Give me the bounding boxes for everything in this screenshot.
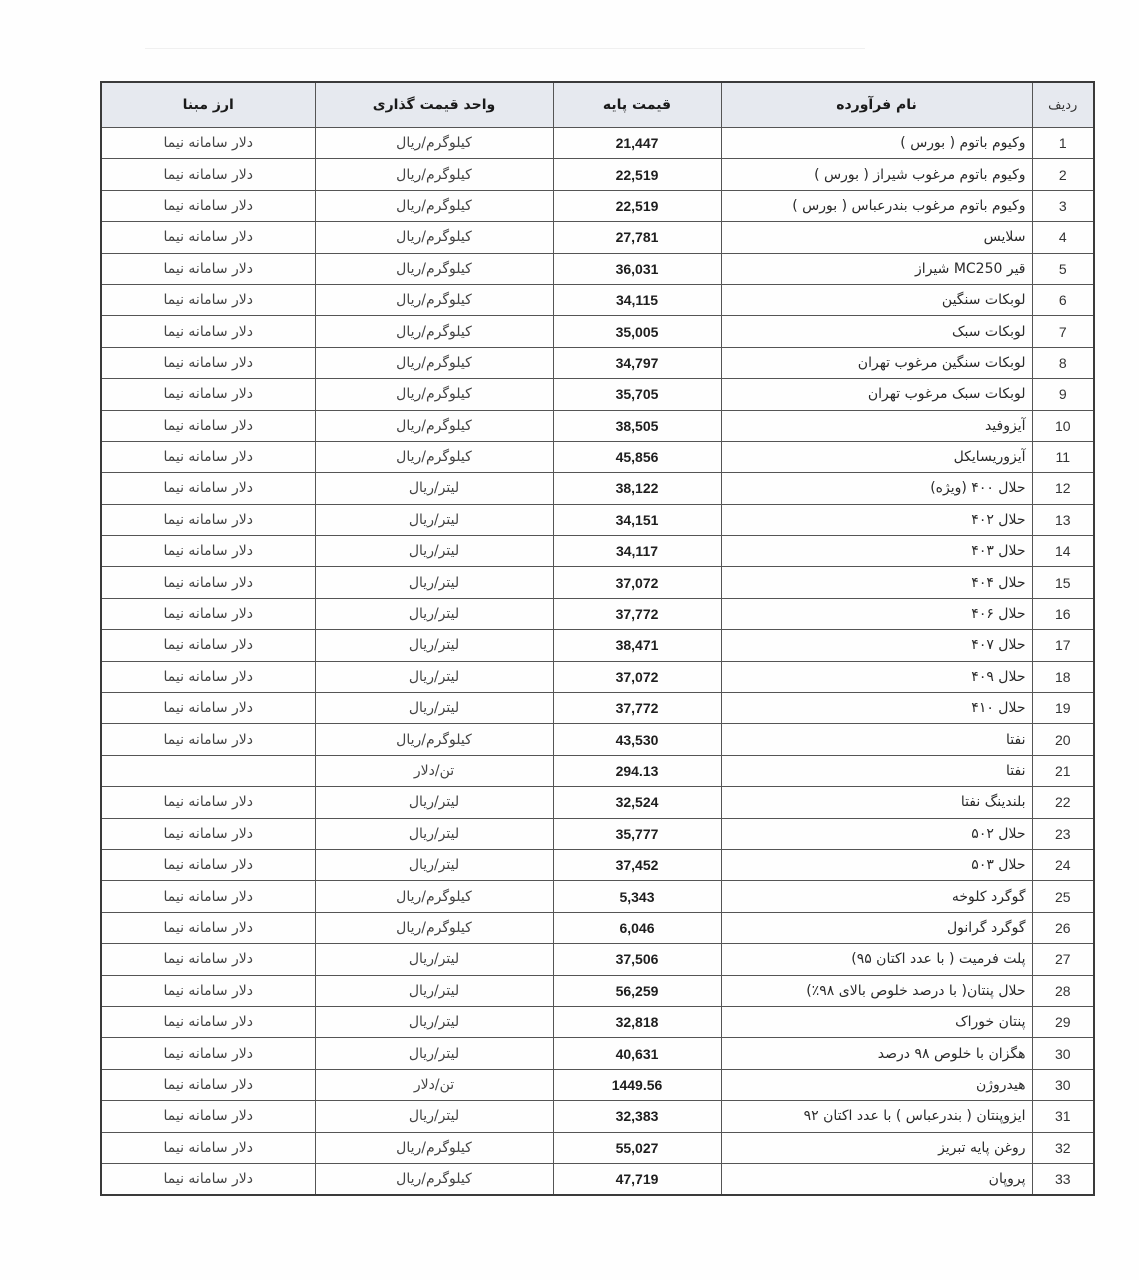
table-row: 3وکیوم باتوم مرغوب بندرعباس ( بورس )22,5… [101, 190, 1094, 221]
base-price-cell: 37,506 [553, 944, 721, 975]
row-number-cell: 6 [1032, 284, 1094, 315]
table-row: 32روغن پایه تبریز55,027کیلوگرم/ریالدلار … [101, 1132, 1094, 1163]
row-number-cell: 32 [1032, 1132, 1094, 1163]
table-header: ردیف نام فرآورده قیمت پایه واحد قیمت گذا… [101, 82, 1094, 128]
pricing-unit-cell: لیتر/ریال [315, 975, 553, 1006]
pricing-unit-cell: لیتر/ریال [315, 693, 553, 724]
product-name-cell: حلال ۴۰۶ [721, 598, 1032, 629]
base-currency-cell: دلار سامانه نیما [101, 630, 315, 661]
product-name-cell: حلال ۴۰۴ [721, 567, 1032, 598]
table-row: 18حلال ۴۰۹37,072لیتر/ریالدلار سامانه نیم… [101, 661, 1094, 692]
base-currency-cell: دلار سامانه نیما [101, 222, 315, 253]
product-name-cell: پروپان [721, 1163, 1032, 1195]
pricing-unit-cell: لیتر/ریال [315, 944, 553, 975]
base-currency-cell: دلار سامانه نیما [101, 253, 315, 284]
product-name-cell: ایزوپنتان ( بندرعباس ) با عدد اکتان ۹۲ [721, 1101, 1032, 1132]
pricing-unit-cell: لیتر/ریال [315, 473, 553, 504]
base-price-cell: 56,259 [553, 975, 721, 1006]
row-number-cell: 17 [1032, 630, 1094, 661]
product-name-cell: قیر MC250 شیراز [721, 253, 1032, 284]
base-price-cell: 5,343 [553, 881, 721, 912]
base-currency-cell: دلار سامانه نیما [101, 410, 315, 441]
table-row: 26گوگرد گرانول6,046کیلوگرم/ریالدلار ساما… [101, 912, 1094, 943]
pricing-unit-cell: لیتر/ریال [315, 630, 553, 661]
pricing-unit-cell: تن/دلار [315, 755, 553, 786]
pricing-unit-cell: کیلوگرم/ریال [315, 347, 553, 378]
base-currency-cell: دلار سامانه نیما [101, 912, 315, 943]
product-name-cell: آیزوریسایکل [721, 441, 1032, 472]
pricing-unit-cell: کیلوگرم/ریال [315, 379, 553, 410]
base-price-cell: 37,772 [553, 598, 721, 629]
base-currency-cell: دلار سامانه نیما [101, 693, 315, 724]
header-row: ردیف نام فرآورده قیمت پایه واحد قیمت گذا… [101, 82, 1094, 128]
pricing-unit-cell: کیلوگرم/ریال [315, 1132, 553, 1163]
base-currency-cell: دلار سامانه نیما [101, 347, 315, 378]
pricing-unit-cell: کیلوگرم/ریال [315, 284, 553, 315]
table-row: 16حلال ۴۰۶37,772لیتر/ریالدلار سامانه نیم… [101, 598, 1094, 629]
table-row: 19حلال ۴۱۰37,772لیتر/ریالدلار سامانه نیم… [101, 693, 1094, 724]
product-name-cell: حلال پنتان( با درصد خلوص بالای ۹۸٪) [721, 975, 1032, 1006]
table-row: 5قیر MC250 شیراز36,031کیلوگرم/ریالدلار س… [101, 253, 1094, 284]
base-currency-cell: دلار سامانه نیما [101, 661, 315, 692]
base-price-cell: 34,151 [553, 504, 721, 535]
base-price-cell: 32,524 [553, 787, 721, 818]
product-name-cell: حلال ۴۰۷ [721, 630, 1032, 661]
pricing-unit-cell: کیلوگرم/ریال [315, 724, 553, 755]
row-number-cell: 24 [1032, 849, 1094, 880]
base-currency-cell: دلار سامانه نیما [101, 536, 315, 567]
base-price-cell: 37,772 [553, 693, 721, 724]
base-currency-cell: دلار سامانه نیما [101, 787, 315, 818]
pricing-unit-cell: لیتر/ریال [315, 1006, 553, 1037]
base-price-cell: 27,781 [553, 222, 721, 253]
table-row: 27پلت فرمیت ( با عدد اکتان ۹۵)37,506لیتر… [101, 944, 1094, 975]
table-row: 9لوبکات سبک مرغوب تهران35,705کیلوگرم/ریا… [101, 379, 1094, 410]
row-number-cell: 22 [1032, 787, 1094, 818]
product-name-cell: سلایس [721, 222, 1032, 253]
base-price-cell: 37,072 [553, 567, 721, 598]
product-name-cell: حلال ۵۰۳ [721, 849, 1032, 880]
base-price-cell: 37,072 [553, 661, 721, 692]
base-currency-cell: دلار سامانه نیما [101, 441, 315, 472]
product-name-cell: لوبکات سبک مرغوب تهران [721, 379, 1032, 410]
row-number-cell: 26 [1032, 912, 1094, 943]
base-price-cell: 45,856 [553, 441, 721, 472]
pricing-unit-cell: لیتر/ریال [315, 1038, 553, 1069]
product-name-cell: گوگرد گرانول [721, 912, 1032, 943]
table-row: 30هیدروژن1449.56تن/دلاردلار سامانه نیما [101, 1069, 1094, 1100]
row-number-cell: 15 [1032, 567, 1094, 598]
base-price-cell: 47,719 [553, 1163, 721, 1195]
base-price-cell: 1449.56 [553, 1069, 721, 1100]
base-currency-cell: دلار سامانه نیما [101, 818, 315, 849]
header-base-price: قیمت پایه [553, 82, 721, 128]
table-row: 13حلال ۴۰۲34,151لیتر/ریالدلار سامانه نیم… [101, 504, 1094, 535]
product-name-cell: هگزان با خلوص ۹۸ درصد [721, 1038, 1032, 1069]
pricing-unit-cell: کیلوگرم/ریال [315, 128, 553, 159]
table-row: 28حلال پنتان( با درصد خلوص بالای ۹۸٪)56,… [101, 975, 1094, 1006]
row-number-cell: 11 [1032, 441, 1094, 472]
pricing-unit-cell: لیتر/ریال [315, 504, 553, 535]
row-number-cell: 33 [1032, 1163, 1094, 1195]
row-number-cell: 14 [1032, 536, 1094, 567]
pricing-unit-cell: لیتر/ریال [315, 849, 553, 880]
base-price-cell: 21,447 [553, 128, 721, 159]
product-name-cell: نفتا [721, 724, 1032, 755]
table-row: 22بلندینگ نفتا32,524لیتر/ریالدلار سامانه… [101, 787, 1094, 818]
row-number-cell: 19 [1032, 693, 1094, 724]
product-name-cell: پنتان خوراک [721, 1006, 1032, 1037]
row-number-cell: 28 [1032, 975, 1094, 1006]
base-currency-cell: دلار سامانه نیما [101, 190, 315, 221]
table-row: 23حلال ۵۰۲35,777لیتر/ریالدلار سامانه نیم… [101, 818, 1094, 849]
table-row: 6لوبکات سنگین34,115کیلوگرم/ریالدلار ساما… [101, 284, 1094, 315]
product-name-cell: بلندینگ نفتا [721, 787, 1032, 818]
table-row: 30هگزان با خلوص ۹۸ درصد40,631لیتر/ریالدل… [101, 1038, 1094, 1069]
base-currency-cell: دلار سامانه نیما [101, 849, 315, 880]
table-row: 12حلال ۴۰۰ (ویژه)38,122لیتر/ریالدلار سام… [101, 473, 1094, 504]
row-number-cell: 29 [1032, 1006, 1094, 1037]
product-name-cell: حلال ۴۰۳ [721, 536, 1032, 567]
pricing-unit-cell: کیلوگرم/ریال [315, 222, 553, 253]
base-currency-cell: دلار سامانه نیما [101, 379, 315, 410]
row-number-cell: 18 [1032, 661, 1094, 692]
table-row: 10آیزوفید38,505کیلوگرم/ریالدلار سامانه ن… [101, 410, 1094, 441]
base-price-cell: 35,005 [553, 316, 721, 347]
base-currency-cell: دلار سامانه نیما [101, 316, 315, 347]
pricing-unit-cell: کیلوگرم/ریال [315, 316, 553, 347]
base-currency-cell: دلار سامانه نیما [101, 1038, 315, 1069]
base-price-cell: 55,027 [553, 1132, 721, 1163]
base-price-cell: 34,115 [553, 284, 721, 315]
row-number-cell: 1 [1032, 128, 1094, 159]
header-pricing-unit: واحد قیمت گذاری [315, 82, 553, 128]
product-name-cell: لوبکات سنگین [721, 284, 1032, 315]
row-number-cell: 16 [1032, 598, 1094, 629]
base-currency-cell: دلار سامانه نیما [101, 159, 315, 190]
product-name-cell: لوبکات سبک [721, 316, 1032, 347]
pricing-unit-cell: لیتر/ریال [315, 661, 553, 692]
table-row: 31ایزوپنتان ( بندرعباس ) با عدد اکتان ۹۲… [101, 1101, 1094, 1132]
table-row: 14حلال ۴۰۳34,117لیتر/ریالدلار سامانه نیم… [101, 536, 1094, 567]
base-price-cell: 32,818 [553, 1006, 721, 1037]
pricing-unit-cell: کیلوگرم/ریال [315, 159, 553, 190]
row-number-cell: 27 [1032, 944, 1094, 975]
product-name-cell: حلال ۵۰۲ [721, 818, 1032, 849]
table-row: 4سلایس27,781کیلوگرم/ریالدلار سامانه نیما [101, 222, 1094, 253]
base-currency-cell: دلار سامانه نیما [101, 944, 315, 975]
table-row: 17حلال ۴۰۷38,471لیتر/ریالدلار سامانه نیم… [101, 630, 1094, 661]
base-currency-cell: دلار سامانه نیما [101, 473, 315, 504]
base-price-cell: 35,705 [553, 379, 721, 410]
pricing-unit-cell: کیلوگرم/ریال [315, 441, 553, 472]
base-currency-cell: دلار سامانه نیما [101, 1101, 315, 1132]
faint-scan-artifact-line [145, 48, 865, 49]
pricing-unit-cell: کیلوگرم/ریال [315, 881, 553, 912]
table-row: 8لوبکات سنگین مرغوب تهران34,797کیلوگرم/ر… [101, 347, 1094, 378]
scanned-document-page: ردیف نام فرآورده قیمت پایه واحد قیمت گذا… [0, 0, 1139, 1280]
row-number-cell: 30 [1032, 1038, 1094, 1069]
table-row: 2وکیوم باتوم مرغوب شیراز ( بورس )22,519ک… [101, 159, 1094, 190]
pricing-unit-cell: کیلوگرم/ریال [315, 190, 553, 221]
base-currency-cell [101, 755, 315, 786]
base-currency-cell: دلار سامانه نیما [101, 1069, 315, 1100]
product-name-cell: پلت فرمیت ( با عدد اکتان ۹۵) [721, 944, 1032, 975]
row-number-cell: 20 [1032, 724, 1094, 755]
base-price-cell: 32,383 [553, 1101, 721, 1132]
table-row: 29پنتان خوراک32,818لیتر/ریالدلار سامانه … [101, 1006, 1094, 1037]
product-name-cell: لوبکات سنگین مرغوب تهران [721, 347, 1032, 378]
pricing-unit-cell: لیتر/ریال [315, 536, 553, 567]
base-price-cell: 36,031 [553, 253, 721, 284]
base-currency-cell: دلار سامانه نیما [101, 504, 315, 535]
base-currency-cell: دلار سامانه نیما [101, 1163, 315, 1195]
product-name-cell: هیدروژن [721, 1069, 1032, 1100]
pricing-unit-cell: لیتر/ریال [315, 598, 553, 629]
table-row: 25گوگرد کلوخه5,343کیلوگرم/ریالدلار سامان… [101, 881, 1094, 912]
table-row: 24حلال ۵۰۳37,452لیتر/ریالدلار سامانه نیم… [101, 849, 1094, 880]
row-number-cell: 30 [1032, 1069, 1094, 1100]
base-price-cell: 34,797 [553, 347, 721, 378]
row-number-cell: 9 [1032, 379, 1094, 410]
base-currency-cell: دلار سامانه نیما [101, 567, 315, 598]
row-number-cell: 2 [1032, 159, 1094, 190]
pricing-unit-cell: لیتر/ریال [315, 787, 553, 818]
row-number-cell: 25 [1032, 881, 1094, 912]
pricing-unit-cell: لیتر/ریال [315, 567, 553, 598]
base-currency-cell: دلار سامانه نیما [101, 975, 315, 1006]
row-number-cell: 3 [1032, 190, 1094, 221]
table-row: 7لوبکات سبک35,005کیلوگرم/ریالدلار سامانه… [101, 316, 1094, 347]
product-name-cell: وکیوم باتوم مرغوب بندرعباس ( بورس ) [721, 190, 1032, 221]
base-currency-cell: دلار سامانه نیما [101, 724, 315, 755]
row-number-cell: 8 [1032, 347, 1094, 378]
product-name-cell: وکیوم باتوم ( بورس ) [721, 128, 1032, 159]
base-price-cell: 6,046 [553, 912, 721, 943]
base-price-cell: 40,631 [553, 1038, 721, 1069]
base-price-cell: 22,519 [553, 159, 721, 190]
base-price-cell: 38,122 [553, 473, 721, 504]
product-name-cell: روغن پایه تبریز [721, 1132, 1032, 1163]
product-name-cell: وکیوم باتوم مرغوب شیراز ( بورس ) [721, 159, 1032, 190]
pricing-unit-cell: کیلوگرم/ریال [315, 410, 553, 441]
row-number-cell: 23 [1032, 818, 1094, 849]
base-price-cell: 35,777 [553, 818, 721, 849]
row-number-cell: 21 [1032, 755, 1094, 786]
product-name-cell: حلال ۴۰۲ [721, 504, 1032, 535]
table-row: 15حلال ۴۰۴37,072لیتر/ریالدلار سامانه نیم… [101, 567, 1094, 598]
pricing-unit-cell: لیتر/ریال [315, 1101, 553, 1132]
row-number-cell: 7 [1032, 316, 1094, 347]
table-row: 33پروپان47,719کیلوگرم/ریالدلار سامانه نی… [101, 1163, 1094, 1195]
base-price-cell: 34,117 [553, 536, 721, 567]
base-currency-cell: دلار سامانه نیما [101, 284, 315, 315]
base-currency-cell: دلار سامانه نیما [101, 128, 315, 159]
base-price-cell: 38,471 [553, 630, 721, 661]
product-name-cell: حلال ۴۰۰ (ویژه) [721, 473, 1032, 504]
product-name-cell: حلال ۴۰۹ [721, 661, 1032, 692]
table-row: 20نفتا43,530کیلوگرم/ریالدلار سامانه نیما [101, 724, 1094, 755]
product-name-cell: آیزوفید [721, 410, 1032, 441]
base-currency-cell: دلار سامانه نیما [101, 598, 315, 629]
product-name-cell: نفتا [721, 755, 1032, 786]
product-name-cell: گوگرد کلوخه [721, 881, 1032, 912]
base-price-cell: 22,519 [553, 190, 721, 221]
table-body: 1وکیوم باتوم ( بورس )21,447کیلوگرم/ریالد… [101, 128, 1094, 1196]
header-row-number: ردیف [1032, 82, 1094, 128]
pricing-unit-cell: لیتر/ریال [315, 818, 553, 849]
product-name-cell: حلال ۴۱۰ [721, 693, 1032, 724]
base-currency-cell: دلار سامانه نیما [101, 881, 315, 912]
row-number-cell: 5 [1032, 253, 1094, 284]
base-price-cell: 43,530 [553, 724, 721, 755]
base-price-cell: 294.13 [553, 755, 721, 786]
pricing-unit-cell: کیلوگرم/ریال [315, 912, 553, 943]
pricing-unit-cell: کیلوگرم/ریال [315, 1163, 553, 1195]
row-number-cell: 4 [1032, 222, 1094, 253]
header-base-currency: ارز مبنا [101, 82, 315, 128]
row-number-cell: 31 [1032, 1101, 1094, 1132]
header-product-name: نام فرآورده [721, 82, 1032, 128]
base-currency-cell: دلار سامانه نیما [101, 1132, 315, 1163]
table-row: 11آیزوریسایکل45,856کیلوگرم/ریالدلار ساما… [101, 441, 1094, 472]
base-price-cell: 38,505 [553, 410, 721, 441]
base-price-table: ردیف نام فرآورده قیمت پایه واحد قیمت گذا… [100, 81, 1095, 1196]
pricing-unit-cell: تن/دلار [315, 1069, 553, 1100]
pricing-unit-cell: کیلوگرم/ریال [315, 253, 553, 284]
row-number-cell: 12 [1032, 473, 1094, 504]
row-number-cell: 13 [1032, 504, 1094, 535]
base-price-cell: 37,452 [553, 849, 721, 880]
base-currency-cell: دلار سامانه نیما [101, 1006, 315, 1037]
table-row: 1وکیوم باتوم ( بورس )21,447کیلوگرم/ریالد… [101, 128, 1094, 159]
row-number-cell: 10 [1032, 410, 1094, 441]
table-row: 21نفتا294.13تن/دلار [101, 755, 1094, 786]
